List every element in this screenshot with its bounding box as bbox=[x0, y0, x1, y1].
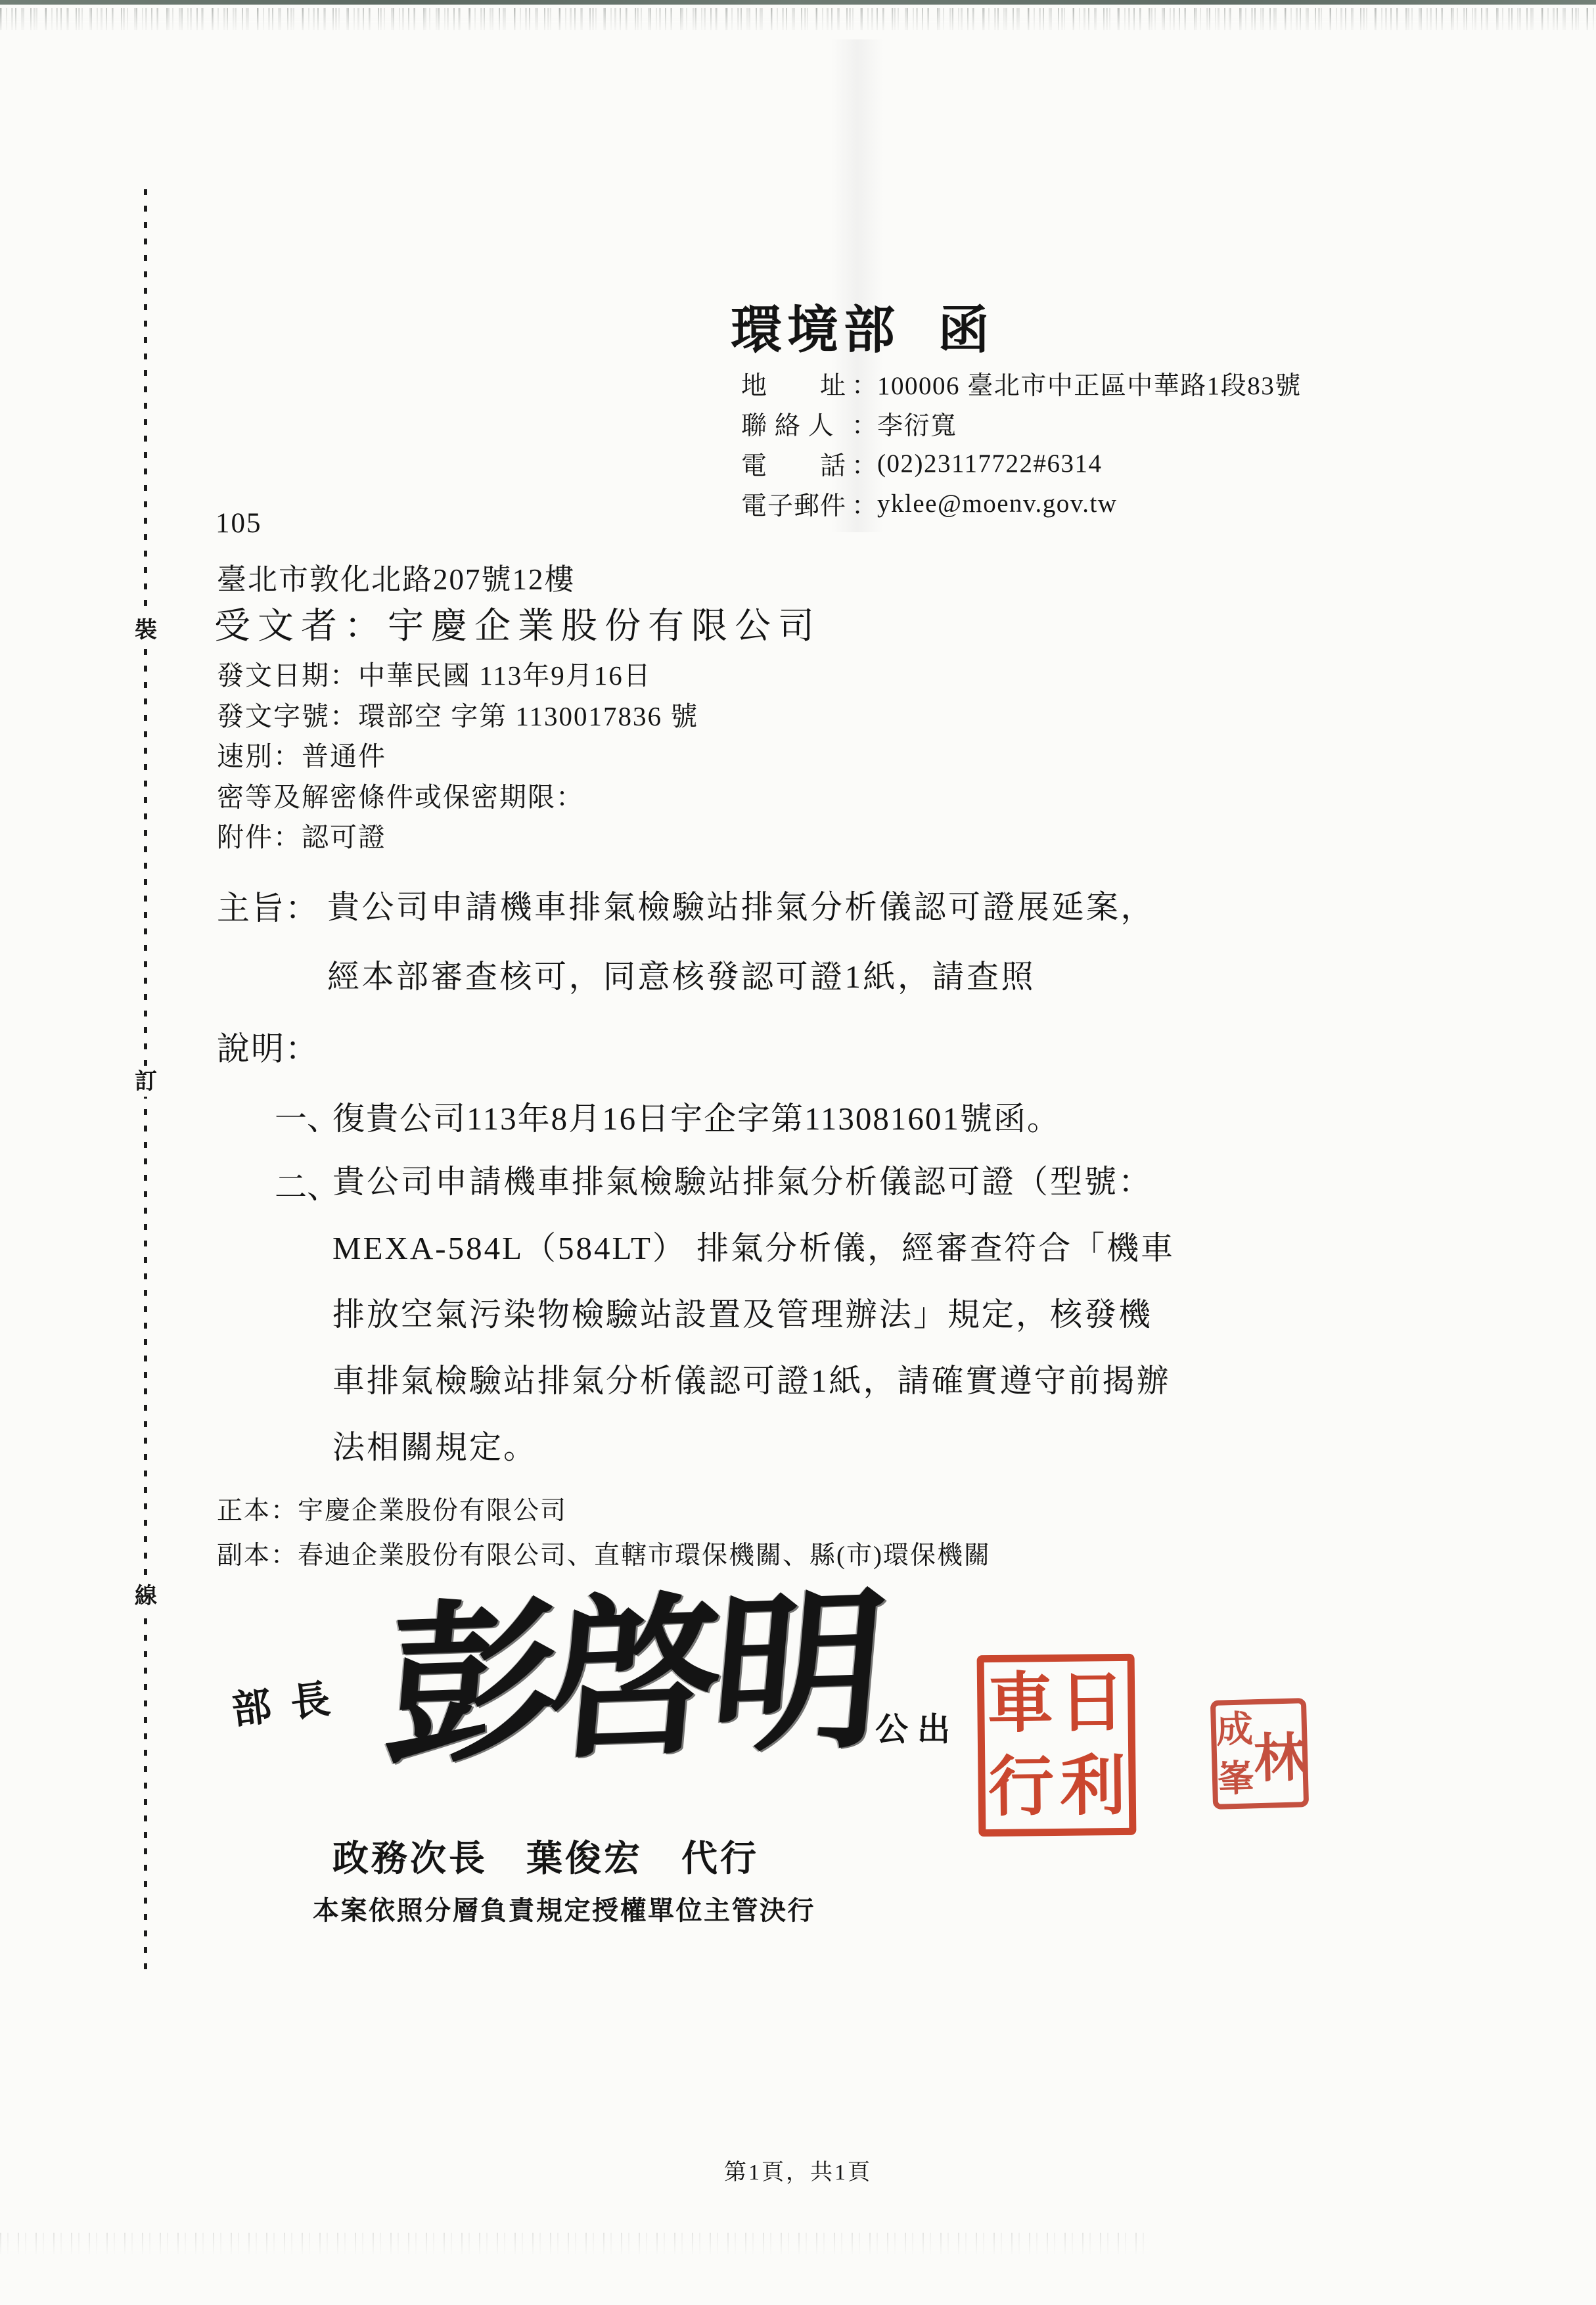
binding-mark-xian: 線 bbox=[130, 1582, 162, 1611]
recipient-address: 臺北市敦化北路207號12樓 bbox=[217, 555, 576, 598]
seal-char: 峯 bbox=[1217, 1754, 1255, 1804]
seal-char: 日 bbox=[1056, 1661, 1128, 1745]
subject-label-text: 主旨 bbox=[217, 890, 285, 926]
binding-mark-ding: 訂 bbox=[130, 1068, 162, 1097]
personal-seal-stamp: 成 峯 林 bbox=[1210, 1698, 1309, 1810]
attachment-line: 附件：認可證 bbox=[217, 817, 698, 858]
item2-line: 法相關規定。 bbox=[332, 1427, 1175, 1494]
sender-phone-row: 電 話：(02)23117722#6314 bbox=[741, 444, 1302, 484]
personal-seal-right-column: 林 bbox=[1252, 1703, 1308, 1803]
sender-address-row: 地 址：100006 臺北市中正區中華路1段83號 bbox=[741, 363, 1302, 403]
sender-contact-row: 聯 絡 人：李衍寬 bbox=[741, 403, 1302, 444]
security-class-line: 密等及解密條件或保密期限： bbox=[217, 777, 698, 818]
colon: ： bbox=[852, 405, 877, 442]
seal-char: 車 bbox=[984, 1662, 1057, 1746]
colon: ： bbox=[285, 890, 319, 926]
recipient-line: 受文者：宇慶企業股份有限公司 bbox=[214, 597, 821, 649]
scanned-official-letter: 裝 訂 線 環境部 函 地 址：100006 臺北市中正區中華路1段83號 聯 … bbox=[0, 0, 1596, 2305]
recipient-zip: 105 bbox=[216, 507, 262, 539]
page-title: 環境部 函 bbox=[731, 289, 995, 363]
sender-email-value: yklee@moenv.gov.tw bbox=[877, 489, 1117, 518]
authorization-note: 本案依照分層負責規定授權單位主管決行 bbox=[313, 1890, 815, 1927]
subject-label: 主旨： bbox=[217, 882, 319, 929]
company-seal-stamp: 車 日 行 利 bbox=[977, 1654, 1137, 1837]
item2-line: 貴公司申請機車排氣檢驗站排氣分析儀認可證（型號： bbox=[332, 1162, 1175, 1228]
sender-email-row: 電子郵件：yklee@moenv.gov.tw bbox=[741, 484, 1302, 524]
explanation-label-text: 說明 bbox=[217, 1030, 285, 1067]
issue-date-line: 發文日期：中華民國 113年9月16日 bbox=[217, 656, 698, 696]
item2-line: 排放空氣污染物檢驗站設置及管理辦法」規定，核發機 bbox=[332, 1294, 1175, 1361]
sender-email-label: 電子郵件 bbox=[741, 486, 852, 522]
seal-char: 林 bbox=[1252, 1715, 1307, 1792]
sender-phone-label: 電 話 bbox=[741, 445, 852, 482]
page-number-footer: 第1頁，共1頁 bbox=[0, 2154, 1596, 2186]
subject-line-2: 經本部審查核可，同意核發認可證1紙，請查照 bbox=[327, 951, 1036, 997]
minister-signature-calligraphy: 彭啓明 bbox=[376, 1560, 884, 1802]
sender-contact-label: 聯 絡 人 bbox=[741, 405, 852, 442]
binding-mark-zhuang: 裝 bbox=[130, 616, 162, 645]
doc-number-line: 發文字號：環部空 字第 1130017836 號 bbox=[217, 696, 698, 737]
scan-artifact-top-edge bbox=[0, 0, 1596, 5]
document-meta-block: 發文日期：中華民國 113年9月16日 發文字號：環部空 字第 11300178… bbox=[217, 656, 698, 858]
subject-line-1: 貴公司申請機車排氣檢驗站排氣分析儀認可證展延案， bbox=[327, 882, 1155, 928]
colon: ： bbox=[852, 445, 877, 482]
sender-info-block: 地 址：100006 臺北市中正區中華路1段83號 聯 絡 人：李衍寬 電 話：… bbox=[741, 363, 1302, 524]
explanation-item2-text: 貴公司申請機車排氣檢驗站排氣分析儀認可證（型號： MEXA-584L（584LT… bbox=[332, 1162, 1175, 1494]
seal-char: 成 bbox=[1216, 1704, 1254, 1754]
minister-title: 部長 bbox=[228, 1665, 352, 1735]
deputy-acting-line: 政務次長 葉俊宏 代行 bbox=[332, 1829, 759, 1881]
sender-contact-value: 李衍寬 bbox=[877, 405, 957, 442]
explanation-item1-text: 復貴公司113年8月16日宇企字第113081601號函。 bbox=[332, 1093, 1060, 1139]
personal-seal-left-column: 成 峯 bbox=[1216, 1704, 1255, 1804]
explanation-label: 說明： bbox=[217, 1022, 319, 1070]
scan-artifact-bottom-noise bbox=[0, 2233, 1149, 2254]
minister-status-note: 公出 bbox=[875, 1703, 959, 1750]
scan-artifact-top-noise bbox=[0, 8, 1596, 30]
explanation-item1-number: 一、 bbox=[275, 1093, 339, 1139]
sender-address-value: 100006 臺北市中正區中華路1段83號 bbox=[877, 365, 1302, 402]
sender-phone-value: (02)23117722#6314 bbox=[877, 449, 1103, 478]
item2-line: 車排氣檢驗站排氣分析儀認可證1紙，請確實遵守前揭辦 bbox=[332, 1361, 1175, 1427]
seal-char: 行 bbox=[985, 1745, 1057, 1829]
colon: ： bbox=[852, 486, 877, 522]
explanation-item2-number: 二、 bbox=[275, 1162, 339, 1208]
colon: ： bbox=[852, 365, 877, 402]
speed-class-line: 速別：普通件 bbox=[217, 737, 698, 777]
colon: ： bbox=[285, 1030, 319, 1067]
sender-address-label: 地 址 bbox=[741, 365, 852, 402]
seal-char: 利 bbox=[1057, 1745, 1129, 1829]
original-recipient-line: 正本：宇慶企業股份有限公司 bbox=[217, 1490, 567, 1527]
item2-line: MEXA-584L（584LT） 排氣分析儀，經審查符合「機車 bbox=[332, 1228, 1175, 1294]
